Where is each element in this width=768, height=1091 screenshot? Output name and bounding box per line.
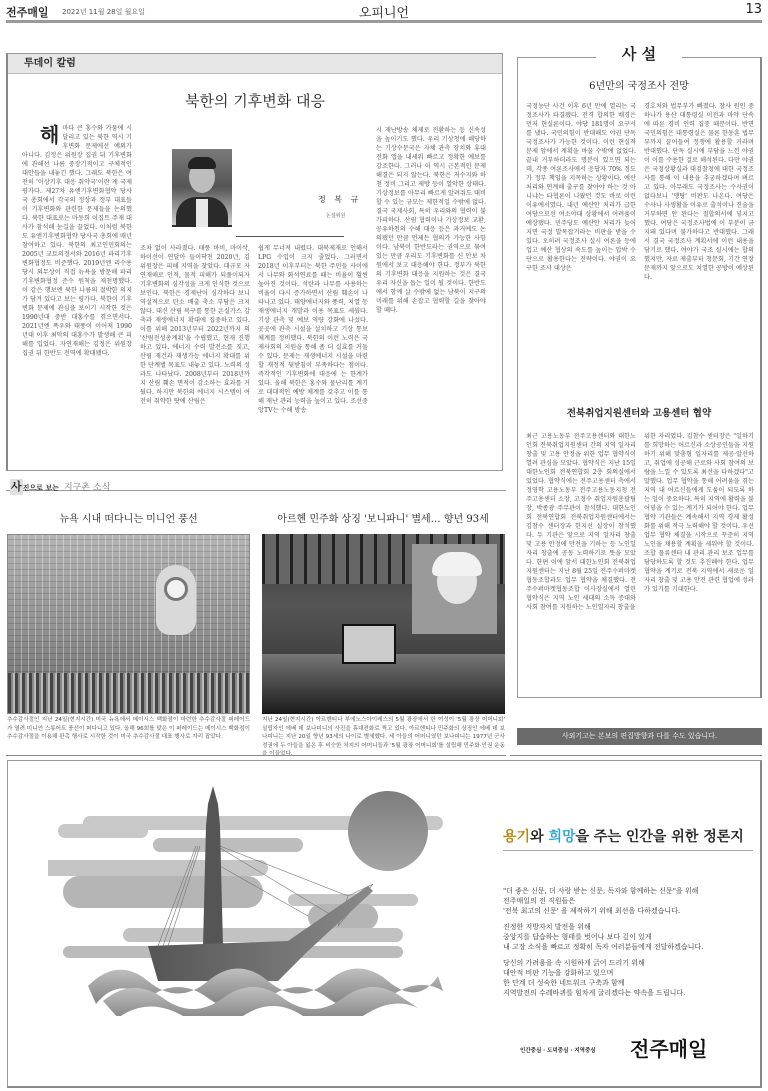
ad-slogan: 인간중심 · 도덕중심 · 지역중심 bbox=[520, 1046, 596, 1054]
today-column-title: 북한의 기후변화 대응 bbox=[8, 90, 502, 111]
photo-bonafini[interactable] bbox=[262, 534, 505, 714]
ad-paragraph-1: "더 좋은 신문, 더 사랑 받는 신문, 독자와 함께하는 신문"을 위해 전… bbox=[503, 886, 698, 916]
article-title-employment: 전북취업지원센터와 고용센터 협약 bbox=[518, 405, 760, 419]
section-title: 오피니언 bbox=[6, 2, 762, 21]
ad-paragraph-3: 당신의 가려움을 속 시원하게 긁어 드리기 위해 대안적 비판 기능을 강화하… bbox=[503, 958, 685, 998]
editorial: 사 설 6년만의 국정조사 전망 국정농단 사건 이후 6년 만에 열리는 국정… bbox=[517, 57, 762, 698]
photo-news-header: 사진으로 보는 지구촌 소식 bbox=[6, 475, 506, 491]
editorial-label: 사 설 bbox=[518, 43, 760, 64]
dropcap: 해 bbox=[40, 125, 59, 145]
ad-divider bbox=[503, 850, 753, 851]
today-column: 투데이 칼럼 북한의 기후변화 대응 해마다 큰 홍수와 가뭄에 시달리고 있는… bbox=[6, 53, 503, 471]
editorial-title: 6년만의 국정조사 전망 bbox=[518, 77, 760, 92]
today-column-text-2: 조차 없이 사라졌다. 태풍 바비, 마이삭, 하이선이 연달아 들이닥친 20… bbox=[140, 244, 250, 464]
author-role: 논설위원 bbox=[326, 212, 345, 219]
ad-headline: 용기와 희망을 주는 인간을 위한 정론지 bbox=[503, 826, 744, 846]
today-column-text-4: 시 재난방송 체제로 전환하는 등 신속성을 높이기도 했다. 우리 기상청에 … bbox=[376, 126, 486, 464]
page-number: 13 bbox=[745, 2, 762, 17]
masthead: 전주매일 2022년 11월 28일 월요일 오피니언 13 bbox=[6, 2, 762, 22]
author-divider bbox=[236, 236, 344, 237]
section-divider bbox=[6, 755, 506, 756]
today-column-header: 투데이 칼럼 bbox=[8, 54, 502, 74]
masthead-divider bbox=[6, 20, 762, 23]
disclaimer-banner: 사외기고는 본보의 편집방향과 다를 수도 있습니다. bbox=[517, 728, 762, 745]
article-employment-text-2: 위한 자리였다. 김참수 센터장은 "일하기를 희망하는 어르신과 소상공인들을… bbox=[644, 432, 754, 687]
section-divider-right bbox=[510, 755, 762, 756]
ad-paragraph-2: 진정한 지방자치 발전을 위해 중앙지를 답습하는 형태를 벗어나 보다 깊이 … bbox=[503, 922, 703, 952]
editorial-text-2: 경호처와 법무부가 빠졌다. 참사 원인 중 하나가 용산 대통령실 이전과 마… bbox=[644, 102, 754, 392]
newspaper-logo: 전주매일 bbox=[630, 1033, 707, 1062]
photo-caption-minion: 추수감사절인 지난 24일(현지시간) 미국 뉴욕에서 메이시스 백화점이 마련… bbox=[7, 716, 250, 742]
ship-pen-illustration-icon bbox=[48, 776, 478, 1016]
author-photo bbox=[172, 149, 232, 227]
photo-minion-balloon[interactable] bbox=[7, 534, 250, 714]
editorial-text-1: 국정농단 사건 이후 6년 만에 열리는 국정조사가 타결됐다. 전격 합의한 … bbox=[526, 102, 636, 392]
photo-title-minion: 뉴욕 시내 떠다니는 미니언 풍선 bbox=[7, 510, 250, 525]
today-column-text-1: 해마다 큰 홍수와 가뭄에 시달리고 있는 북한 역시 기후변화 문제에선 예외… bbox=[22, 124, 132, 464]
article-employment-text-1: 최근 고용노동부 전주고용센터와 대한노인회 전북취업지원센터 간의 지역 일자… bbox=[526, 432, 636, 687]
today-column-text-3: 쉽게 무너져 내렸다. 대북제재로 인해서 LPG 수입이 크지 줄었다. 그러… bbox=[258, 244, 368, 464]
photo-title-bonafini: 아르헨 민주화 상징 '보니파니' 별세… 향년 93세 bbox=[258, 510, 508, 525]
author-name: 정 복 규 bbox=[318, 194, 361, 205]
photo-caption-bonafini: 지난 24일(현지시간) 아르헨티나 부에노스아이레스의 5월 광장에서 한 여… bbox=[262, 716, 505, 759]
